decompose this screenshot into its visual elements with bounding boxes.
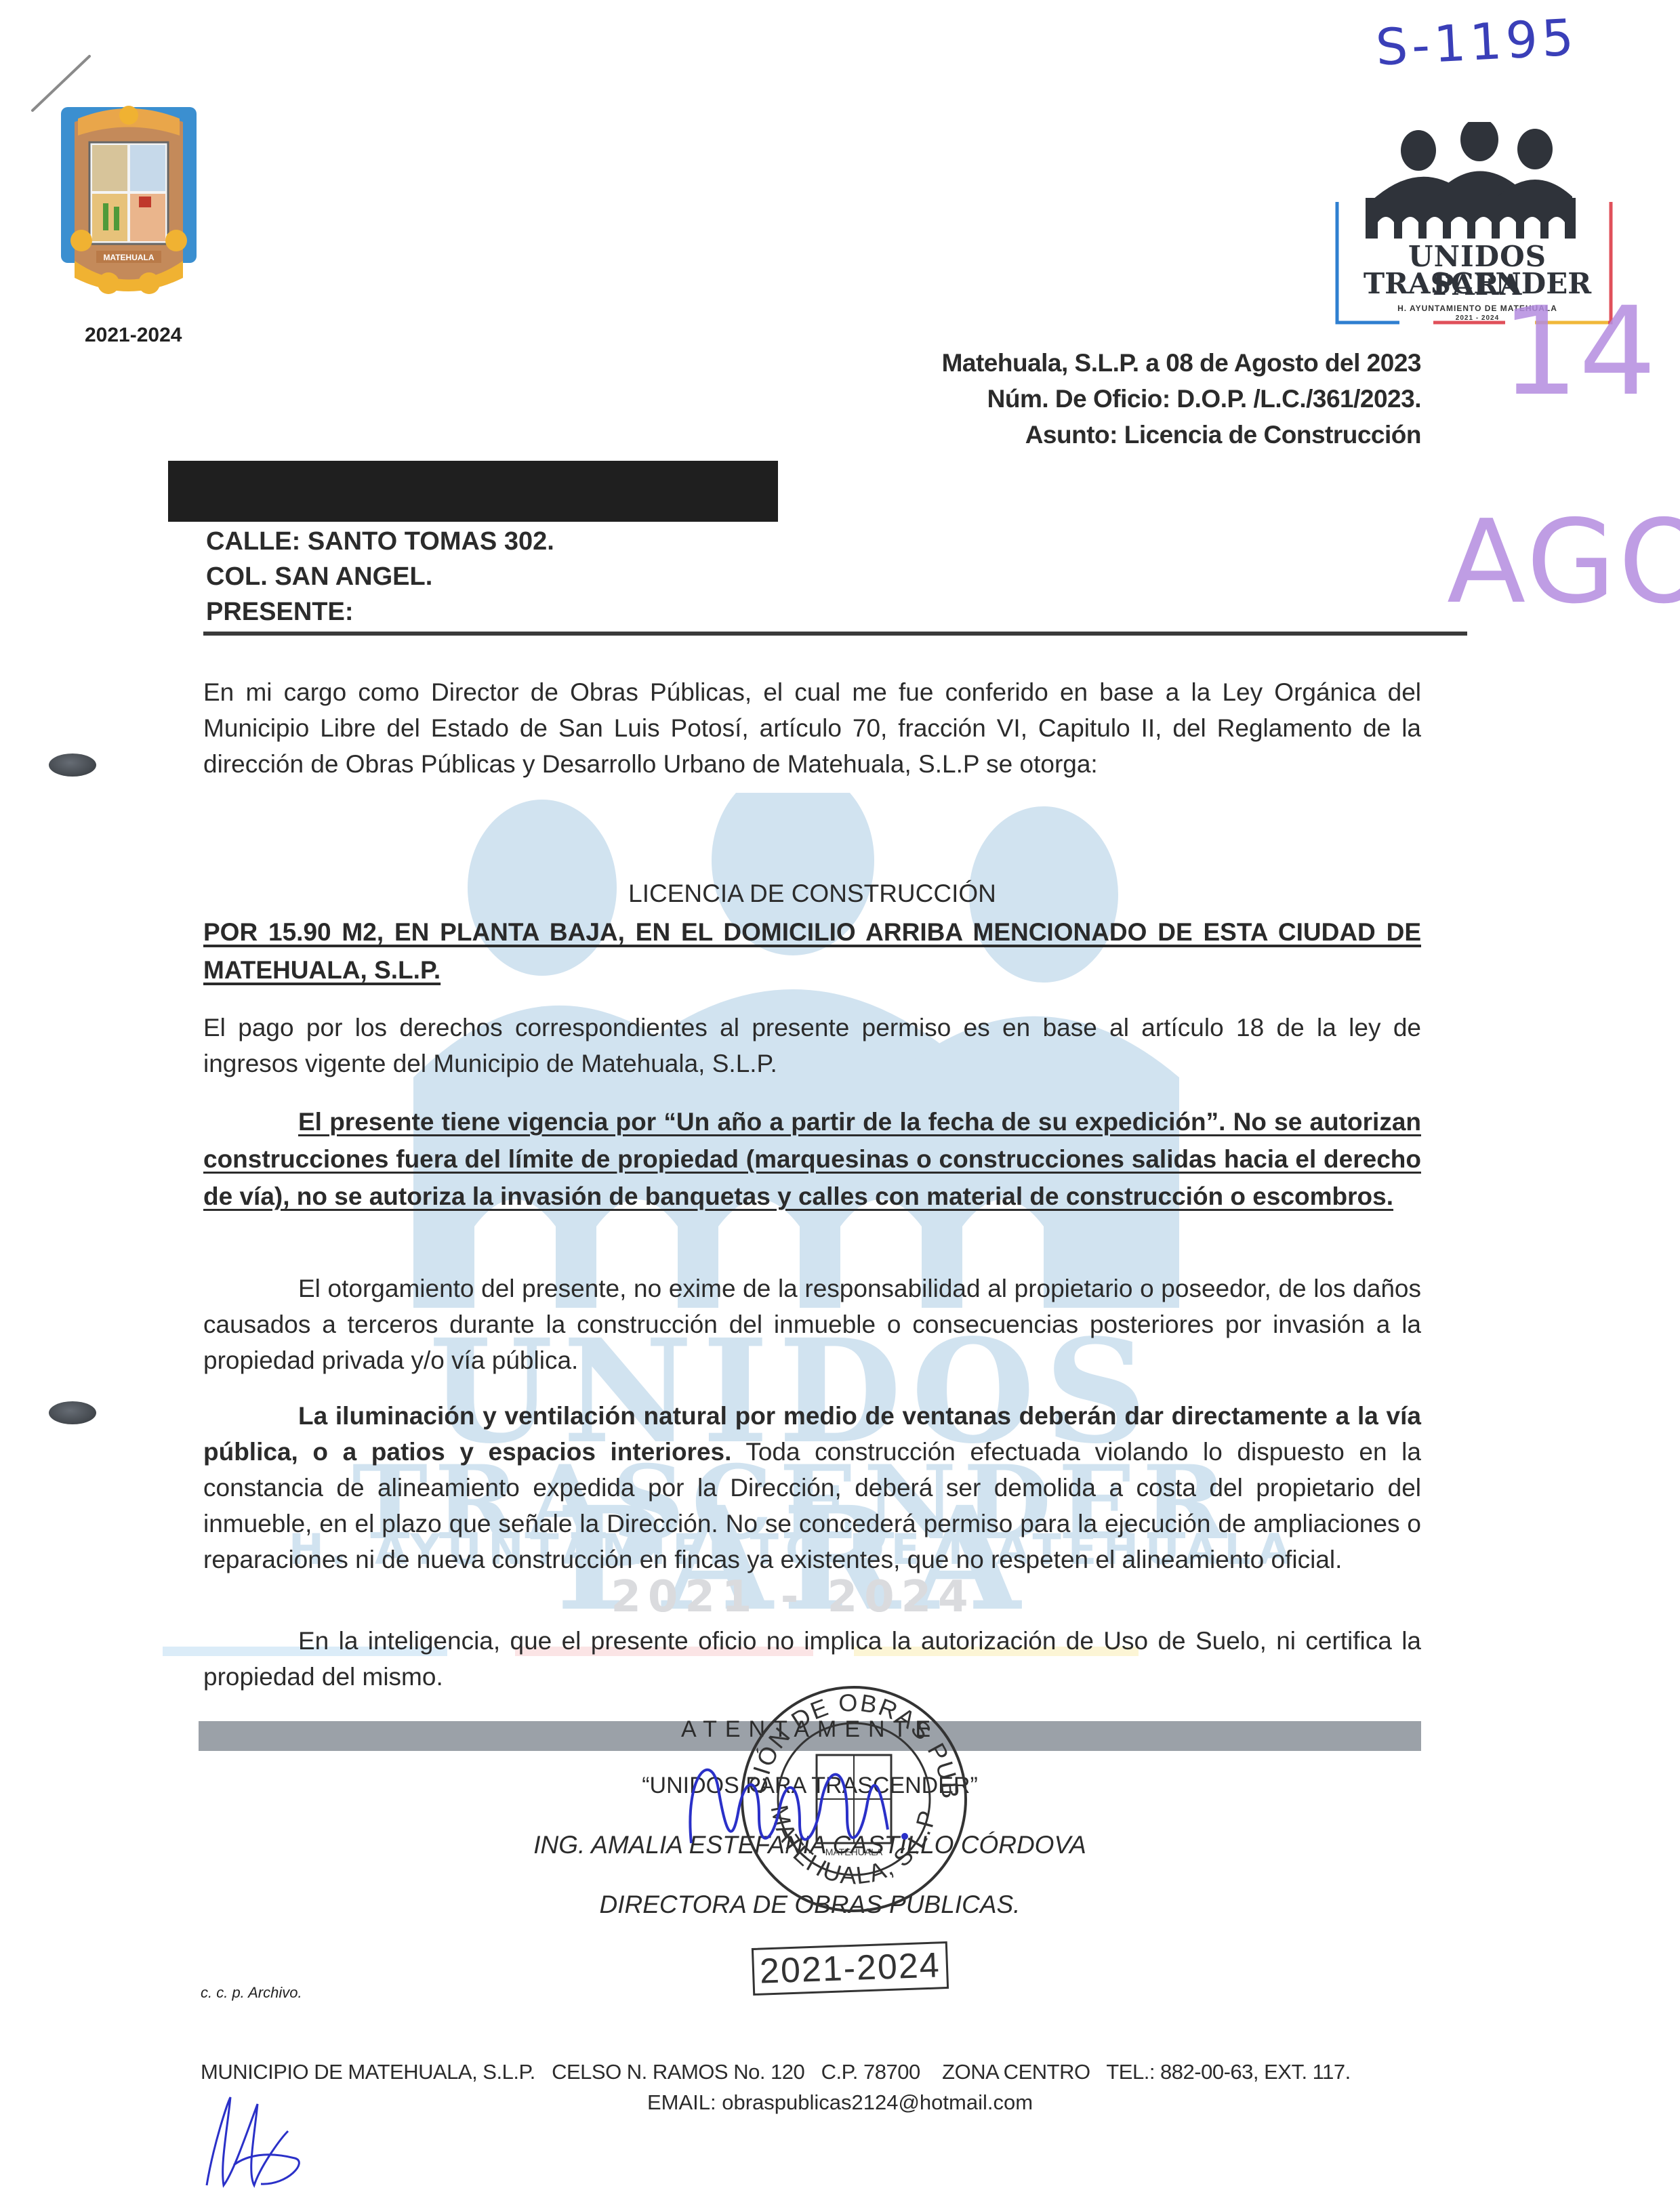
- place-date: Matehuala, S.L.P. a 08 de Agosto del 202…: [942, 349, 1421, 377]
- liability-text: El otorgamiento del presente, no exime d…: [203, 1275, 1421, 1374]
- paragraph-liability: El otorgamiento del presente, no exime d…: [203, 1271, 1421, 1378]
- license-description: POR 15.90 M2, EN PLANTA BAJA, EN EL DOMI…: [203, 913, 1421, 989]
- punch-hole-icon: [49, 754, 96, 777]
- recipient-salutation: PRESENTE:: [206, 598, 353, 627]
- recipient-street: CALLE: SANTO TOMAS 302.: [206, 527, 554, 556]
- recipient-colony: COL. SAN ANGEL.: [206, 562, 432, 592]
- license-title: LICENCIA DE CONSTRUCCIÓN: [203, 880, 1421, 908]
- paragraph-payment: El pago por los derechos correspondiente…: [203, 1010, 1421, 1081]
- watermark-line-4: 2021 - 2024: [258, 1572, 1328, 1622]
- received-stamp-day: 14: [1501, 291, 1656, 413]
- subject: Asunto: Licencia de Construcción: [1025, 421, 1421, 449]
- redacted-recipient-name: [168, 461, 778, 522]
- administration-period: 2021-2024: [85, 324, 182, 347]
- validity-text: El presente tiene vigencia por “Un año a…: [203, 1108, 1421, 1210]
- footer-address: MUNICIPIO DE MATEHUALA, S.L.P. CELSO N. …: [201, 2060, 1420, 2084]
- signature-icon: [671, 1735, 956, 1870]
- paragraph-lighting: La iluminación y ventilación natural por…: [203, 1398, 1421, 1577]
- seal-period: 2021-2024: [752, 1941, 949, 1996]
- handwritten-file-number: S-1195: [1374, 8, 1579, 77]
- punch-hole-icon: [49, 1401, 96, 1424]
- office-number: Núm. De Oficio: D.O.P. /L.C./361/2023.: [987, 385, 1421, 413]
- received-stamp-month: AGO: [1447, 505, 1680, 620]
- header-divider: [203, 632, 1467, 636]
- initials-signature-icon: [193, 2090, 342, 2188]
- paragraph-validity: El presente tiene vigencia por “Un año a…: [203, 1103, 1421, 1215]
- carbon-copy: c. c. p. Archivo.: [201, 1984, 302, 2002]
- paragraph-intro: En mi cargo como Director de Obras Públi…: [203, 674, 1421, 782]
- svg-text:MATEHUALA: MATEHUALA: [103, 253, 154, 262]
- municipal-crest-icon: MATEHUALA: [54, 95, 203, 298]
